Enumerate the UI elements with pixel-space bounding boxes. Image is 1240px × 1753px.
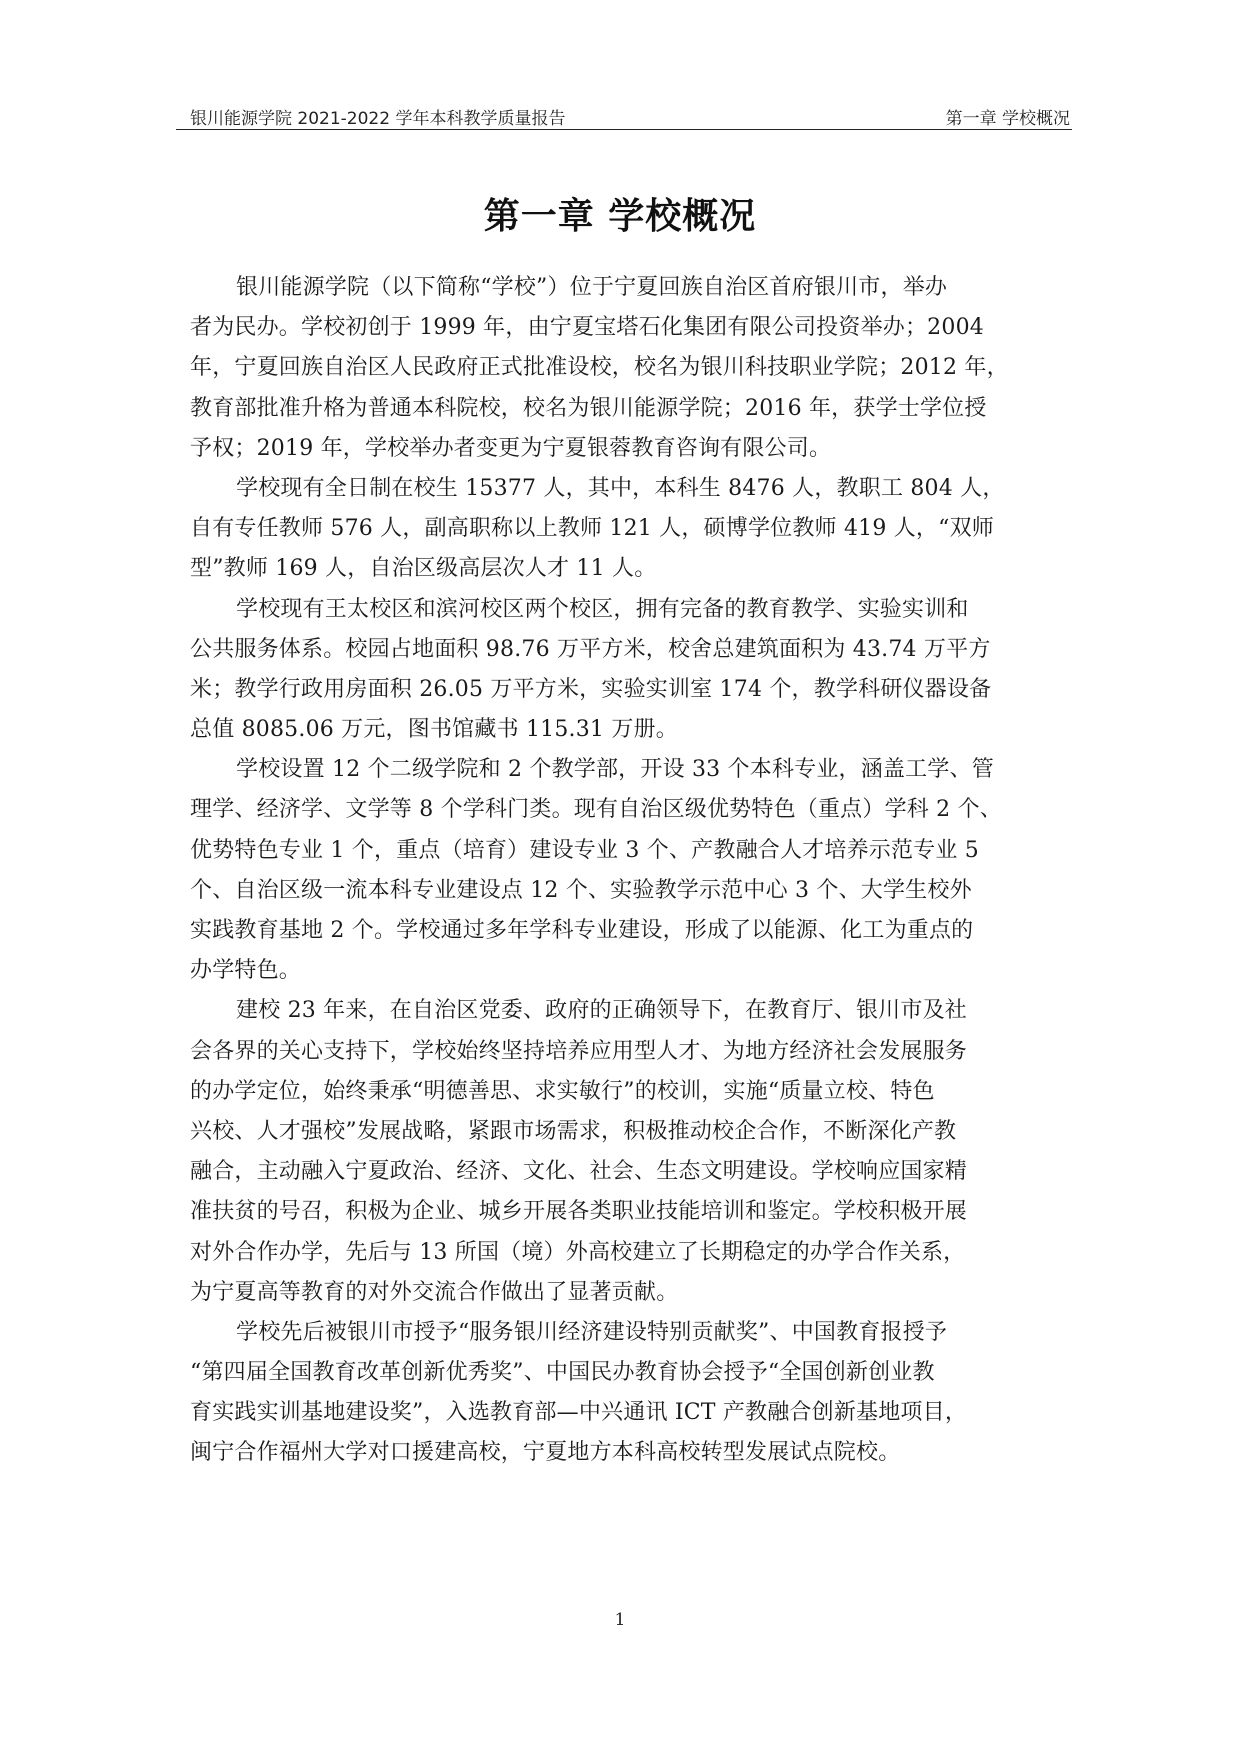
text-line: 融合，主动融入宁夏政治、经济、文化、社会、生态文明建设。学校响应国家精 [190, 1152, 1054, 1192]
text-line: 个、自治区级一流本科专业建设点 12 个、实验教学示范中心 3 个、大学生校外 [190, 871, 1054, 911]
page-number: 1 [0, 1610, 1240, 1630]
text-line: 自有专任教师 576 人，副高职称以上教师 121 人，硕博学位教师 419 人… [190, 509, 1054, 549]
text-line: “第四届全国教育改革创新优秀奖”、中国民办教育协会授予“全国创新创业教 [190, 1353, 1054, 1393]
text-line: 优势特色专业 1 个，重点（培育）建设专业 3 个、产教融合人才培养示范专业 5 [190, 831, 1054, 871]
text-line: 学校设置 12 个二级学院和 2 个教学部，开设 33 个本科专业，涵盖工学、管 [190, 750, 1054, 790]
text-line: 学校先后被银川市授予“服务银川经济建设特别贡献奖”、中国教育报授予 [190, 1313, 1054, 1353]
header-divider [176, 129, 1072, 130]
text-line: 实践教育基地 2 个。学校通过多年学科专业建设，形成了以能源、化工为重点的 [190, 911, 1054, 951]
chapter-title: 第一章 学校概况 [0, 188, 1240, 239]
text-line: 闽宁合作福州大学对口援建高校，宁夏地方本科高校转型发展试点院校。 [190, 1433, 1054, 1473]
text-line: 型”教师 169 人，自治区级高层次人才 11 人。 [190, 549, 1054, 589]
text-line: 总值 8085.06 万元，图书馆藏书 115.31 万册。 [190, 710, 1054, 750]
text-line: 育实践实训基地建设奖”，入选教育部—中兴通讯 ICT 产教融合创新基地项目， [190, 1393, 1054, 1433]
text-line: 学校现有王太校区和滨河校区两个校区，拥有完备的教育教学、实验实训和 [190, 590, 1054, 630]
text-line: 银川能源学院（以下简称“学校”）位于宁夏回族自治区首府银川市，举办 [190, 268, 1054, 308]
header-chapter-title: 第一章 学校概况 [946, 104, 1070, 129]
text-line: 予权；2019 年，学校举办者变更为宁夏银蓉教育咨询有限公司。 [190, 429, 1054, 469]
text-line: 者为民办。学校初创于 1999 年，由宁夏宝塔石化集团有限公司投资举办；2004 [190, 308, 1054, 348]
page-header: 银川能源学院 2021-2022 学年本科教学质量报告 第一章 学校概况 [176, 100, 1072, 130]
text-line: 理学、经济学、文学等 8 个学科门类。现有自治区级优势特色（重点）学科 2 个、 [190, 790, 1054, 830]
text-line: 建校 23 年来，在自治区党委、政府的正确领导下，在教育厅、银川市及社 [190, 991, 1054, 1031]
text-line: 年，宁夏回族自治区人民政府正式批准设校，校名为银川科技职业学院；2012 年， [190, 348, 1054, 388]
text-line: 米；教学行政用房面积 26.05 万平方米，实验实训室 174 个，教学科研仪器… [190, 670, 1054, 710]
text-line: 为宁夏高等教育的对外交流合作做出了显著贡献。 [190, 1273, 1054, 1313]
text-line: 兴校、人才强校”发展战略，紧跟市场需求，积极推动校企合作，不断深化产教 [190, 1112, 1054, 1152]
text-line: 对外合作办学，先后与 13 所国（境）外高校建立了长期稳定的办学合作关系， [190, 1233, 1054, 1273]
paragraph-awards: 学校先后被银川市授予“服务银川经济建设特别贡献奖”、中国教育报授予 “第四届全国… [190, 1313, 1054, 1474]
paragraph-development: 建校 23 年来，在自治区党委、政府的正确领导下，在教育厅、银川市及社 会各界的… [190, 991, 1054, 1313]
document-body: 银川能源学院（以下简称“学校”）位于宁夏回族自治区首府银川市，举办 者为民办。学… [190, 268, 1054, 1474]
text-line: 会各界的关心支持下，学校始终坚持培养应用型人才、为地方经济社会发展服务 [190, 1032, 1054, 1072]
text-line: 的办学定位，始终秉承“明德善思、求实敏行”的校训，实施“质量立校、特色 [190, 1072, 1054, 1112]
header-report-title: 银川能源学院 2021-2022 学年本科教学质量报告 [190, 104, 565, 129]
paragraph-disciplines: 学校设置 12 个二级学院和 2 个教学部，开设 33 个本科专业，涵盖工学、管… [190, 750, 1054, 991]
text-line: 教育部批准升格为普通本科院校，校名为银川能源学院；2016 年，获学士学位授 [190, 389, 1054, 429]
paragraph-campus: 学校现有王太校区和滨河校区两个校区，拥有完备的教育教学、实验实训和 公共服务体系… [190, 590, 1054, 751]
text-line: 学校现有全日制在校生 15377 人，其中，本科生 8476 人，教职工 804… [190, 469, 1054, 509]
text-line: 准扶贫的号召，积极为企业、城乡开展各类职业技能培训和鉴定。学校积极开展 [190, 1192, 1054, 1232]
paragraph-history: 银川能源学院（以下简称“学校”）位于宁夏回族自治区首府银川市，举办 者为民办。学… [190, 268, 1054, 469]
paragraph-staff-students: 学校现有全日制在校生 15377 人，其中，本科生 8476 人，教职工 804… [190, 469, 1054, 590]
text-line: 办学特色。 [190, 951, 1054, 991]
text-line: 公共服务体系。校园占地面积 98.76 万平方米，校舍总建筑面积为 43.74 … [190, 630, 1054, 670]
